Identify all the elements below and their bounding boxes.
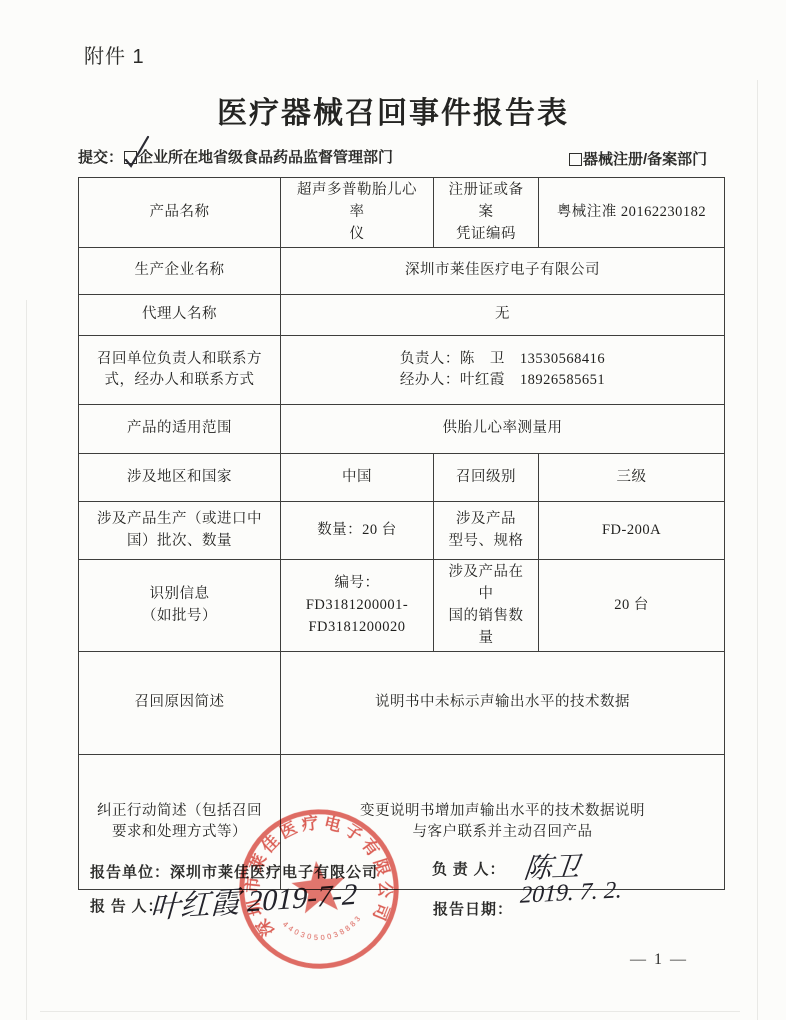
- check-mark-icon: [122, 135, 154, 167]
- value-regions: 中国: [281, 454, 434, 502]
- table-row: 召回原因简述 说明书中未标示声输出水平的技术数据: [79, 652, 725, 755]
- label-regions: 涉及地区和国家: [79, 454, 281, 502]
- recall-report-table: 产品名称 超声多普勒胎儿心率 仪 注册证或备案 凭证编码 粤械注准 201622…: [78, 177, 725, 890]
- label-product-name: 产品名称: [79, 178, 281, 248]
- label-contacts: 召回单位负责人和联系方式，经办人和联系方式: [79, 336, 281, 405]
- scanned-report-page: 附件 1 医疗器械召回事件报告表 提交：企业所在地省级食品药品监督管理部门 器械…: [0, 0, 786, 1020]
- table-row: 涉及地区和国家 中国 召回级别 三级: [79, 454, 725, 502]
- value-identification: 编号：FD3181200001- FD3181200020: [281, 560, 434, 652]
- table-row: 纠正行动简述（包括召回要求和处理方式等） 变更说明书增加声输出水平的技术数据说明…: [79, 755, 725, 890]
- value-scope: 供胎儿心率测量用: [281, 405, 725, 454]
- submit-prefix: 提交：: [78, 149, 123, 166]
- value-product-name: 超声多普勒胎儿心率 仪: [281, 178, 434, 248]
- label-china-sales: 涉及产品在中 国的销售数量: [434, 560, 539, 652]
- table-row: 产品的适用范围 供胎儿心率测量用: [79, 405, 725, 454]
- attachment-label: 附件 1: [84, 40, 145, 69]
- checkbox-registration-unchecked: [569, 153, 582, 166]
- company-seal-stamp: 深圳市莱佳医疗电子有限公司 4403050038883: [228, 798, 410, 980]
- table-row: 召回单位负责人和联系方式，经办人和联系方式 负责人：陈 卫 1353056841…: [79, 336, 725, 405]
- scan-edge-artifact: [26, 300, 27, 1020]
- table-row: 生产企业名称 深圳市莱佳医疗电子有限公司: [79, 248, 725, 295]
- submit-option-registration: 器械注册/备案部门: [568, 148, 707, 169]
- scan-edge-artifact: [757, 80, 758, 1020]
- value-manufacturer: 深圳市莱佳医疗电子有限公司: [281, 248, 725, 295]
- report-date-label: 报告日期：: [433, 898, 513, 919]
- value-contacts: 负责人：陈 卫 13530568416 经办人：叶红霞 18926585651: [281, 336, 725, 405]
- value-model: FD-200A: [539, 502, 725, 560]
- value-registration: 粤械注准 20162230182: [539, 178, 725, 248]
- table-row: 代理人名称 无: [79, 295, 725, 336]
- checkbox-provincial-checked: [124, 151, 137, 164]
- page-number: — 1 —: [630, 951, 688, 969]
- label-scope: 产品的适用范围: [79, 405, 281, 454]
- label-agent: 代理人名称: [79, 295, 281, 336]
- submit-options-row: 提交：企业所在地省级食品药品监督管理部门 器械注册/备案部门: [78, 146, 724, 168]
- table-row: 识别信息 （如批号） 编号：FD3181200001- FD3181200020…: [79, 560, 725, 652]
- value-batches: 数量：20 台: [281, 502, 434, 560]
- svg-text:4403050038883: 4403050038883: [280, 912, 366, 946]
- value-recall-level: 三级: [539, 454, 725, 502]
- label-recall-level: 召回级别: [434, 454, 539, 502]
- submit-option-provincial-label: 企业所在地省级食品药品监督管理部门: [138, 149, 393, 166]
- label-batches: 涉及产品生产（或进口中国）批次、数量: [79, 502, 281, 560]
- table-row: 产品名称 超声多普勒胎儿心率 仪 注册证或备案 凭证编码 粤械注准 201622…: [79, 178, 725, 248]
- submit-option-registration-label: 器械注册/备案部门: [583, 151, 707, 168]
- label-model: 涉及产品 型号、规格: [434, 502, 539, 560]
- value-agent: 无: [281, 295, 725, 336]
- submit-option-provincial: 提交：企业所在地省级食品药品监督管理部门: [78, 146, 393, 167]
- seal-serial-number: 4403050038883: [280, 912, 366, 946]
- page-title: 医疗器械召回事件报告表: [0, 88, 786, 132]
- seal-star-icon: [289, 858, 348, 914]
- value-china-sales: 20 台: [539, 560, 725, 652]
- label-manufacturer: 生产企业名称: [79, 248, 281, 295]
- scan-edge-artifact: [40, 1011, 740, 1012]
- table-row: 涉及产品生产（或进口中国）批次、数量 数量：20 台 涉及产品 型号、规格 FD…: [79, 502, 725, 560]
- label-recall-reason: 召回原因简述: [79, 652, 281, 755]
- label-identification: 识别信息 （如批号）: [79, 560, 281, 652]
- label-registration: 注册证或备案 凭证编码: [434, 178, 539, 248]
- value-recall-reason: 说明书中未标示声输出水平的技术数据: [281, 652, 725, 755]
- report-date-handwriting: 2019. 7. 2.: [519, 877, 622, 909]
